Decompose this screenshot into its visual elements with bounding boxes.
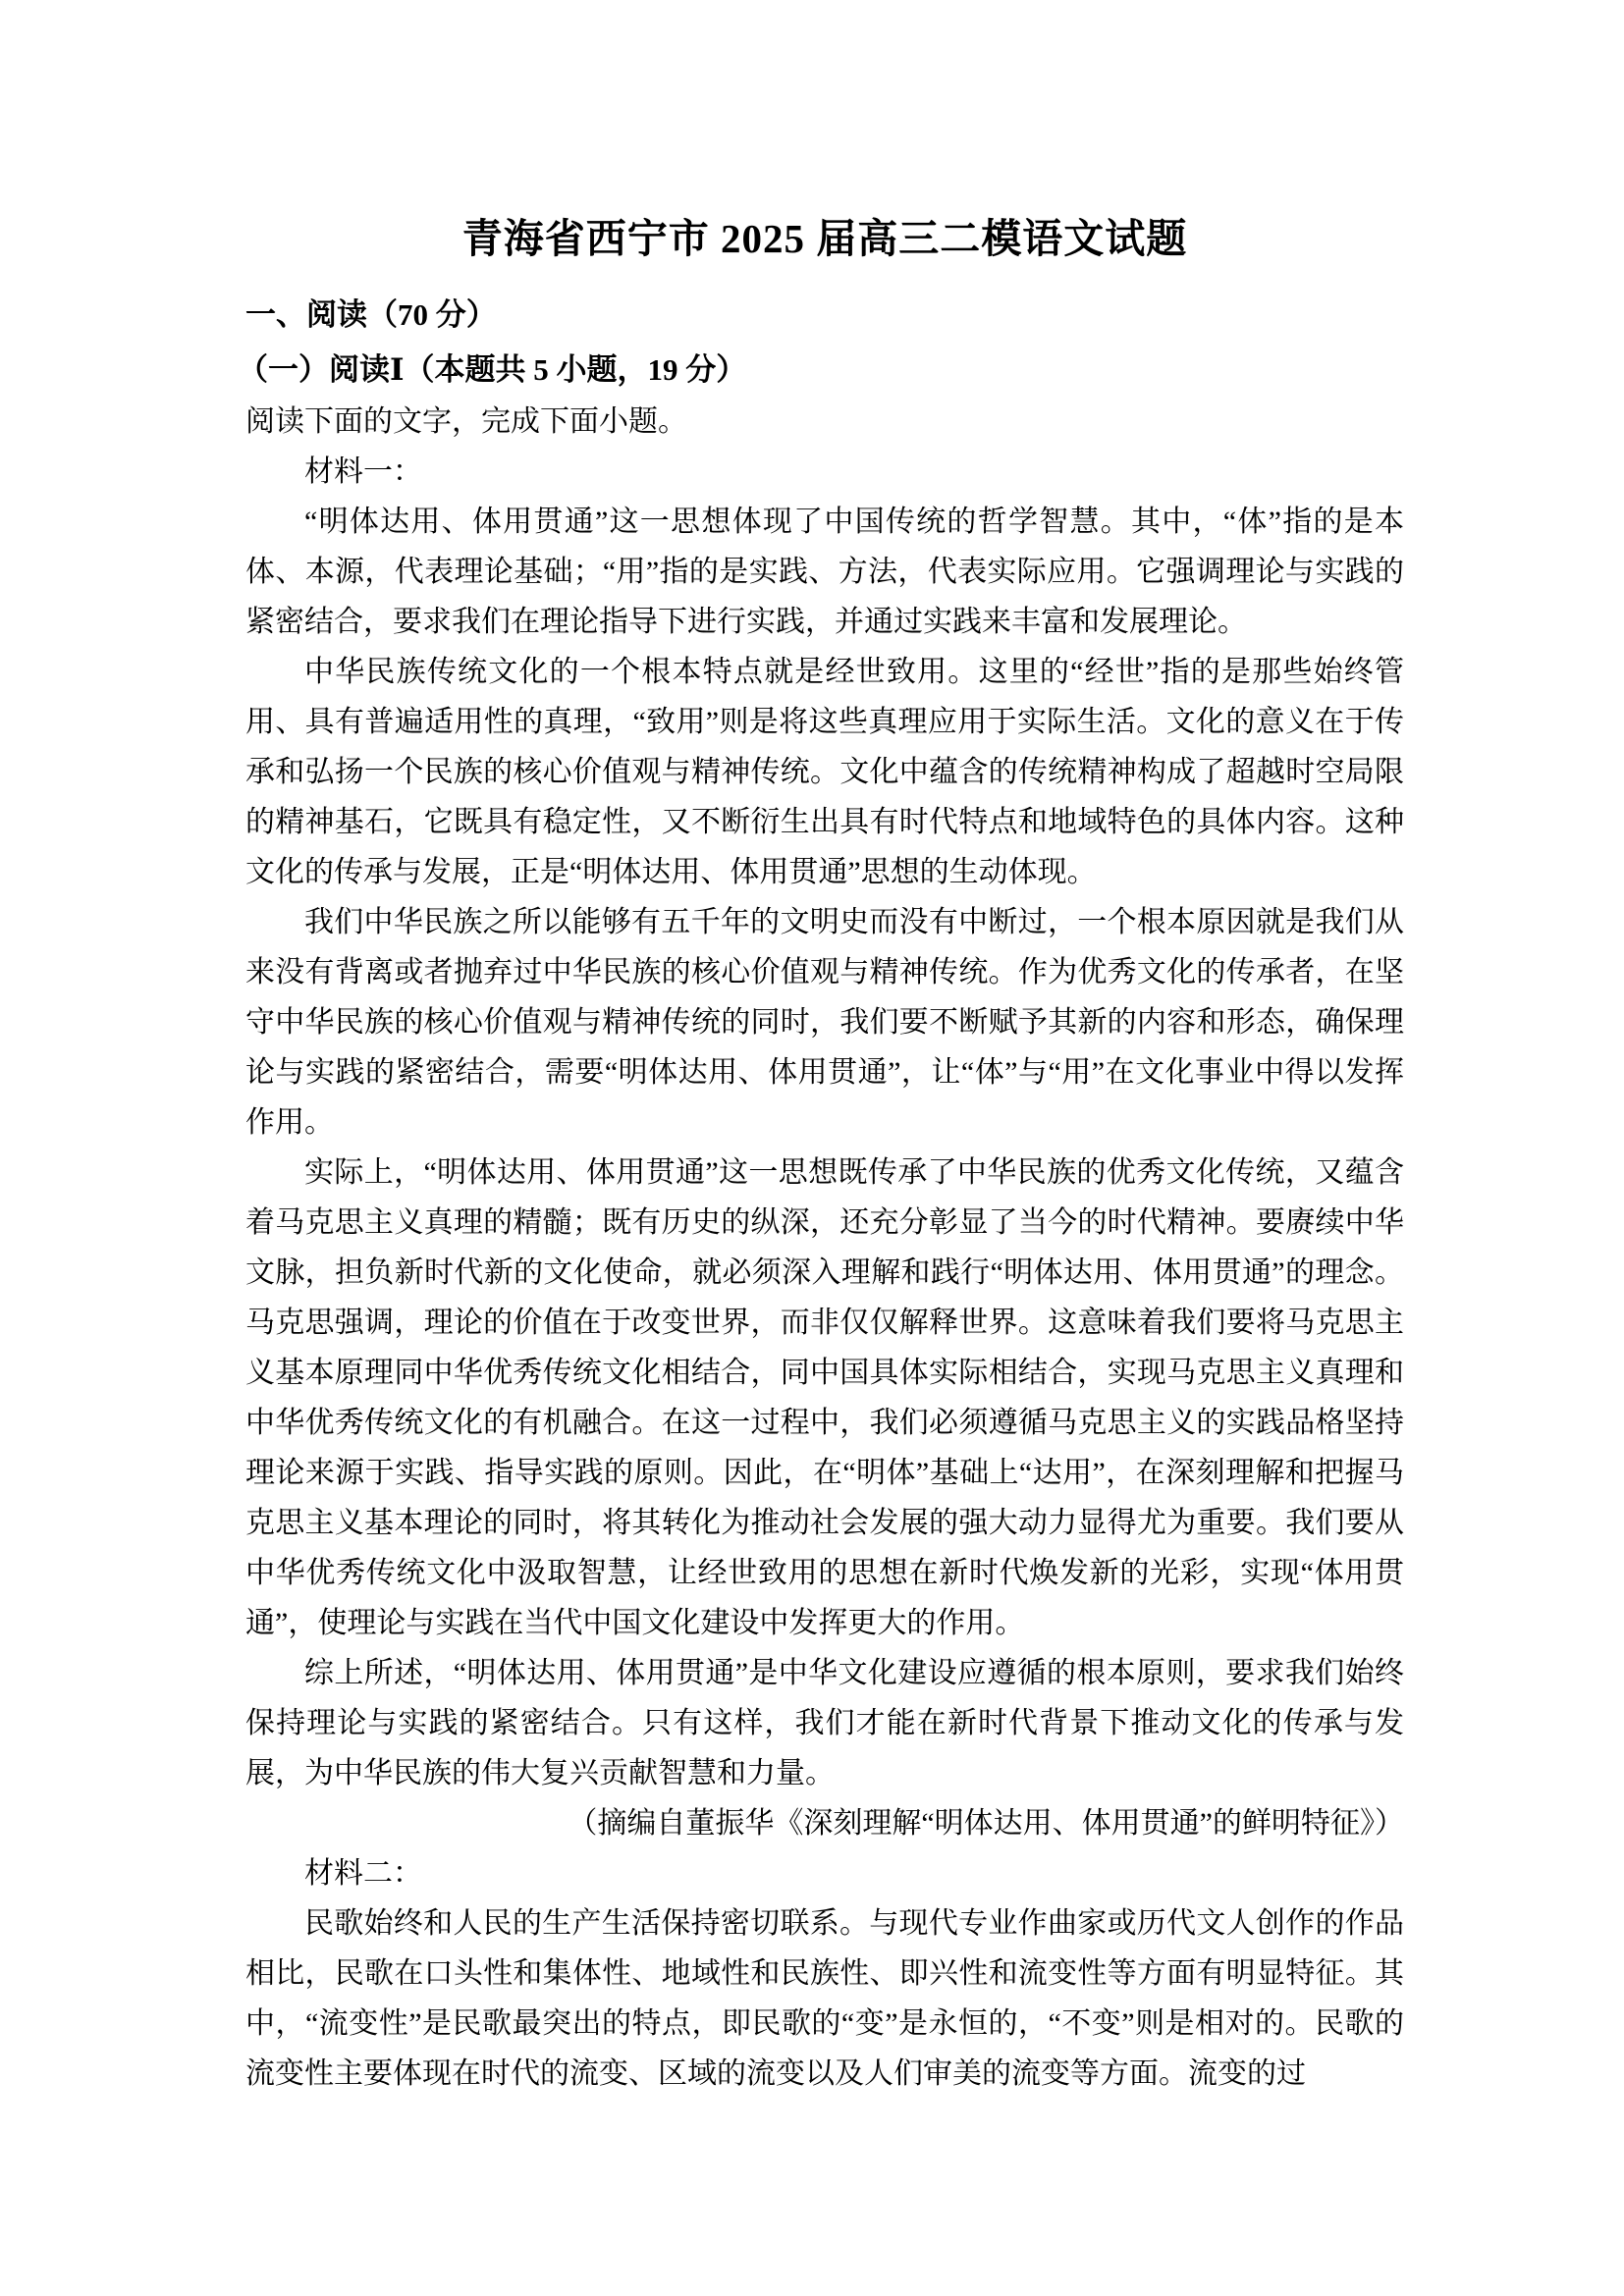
content-column: 青海省西宁市 2025 届高三二模语文试题 一、阅读（70 分） （一）阅读Ⅰ（… bbox=[245, 0, 1404, 2099]
material-one-paragraph: “明体达用、体用贯通”这一思想体现了中国传统的哲学智慧。其中，“体”指的是本体、… bbox=[245, 497, 1404, 647]
section-heading-reading: 一、阅读（70 分） bbox=[245, 294, 1404, 336]
material-one-label: 材料一： bbox=[245, 447, 1404, 497]
subsection-heading-reading-1: （一）阅读Ⅰ（本题共 5 小题，19 分） bbox=[238, 349, 1404, 391]
material-one-paragraph: 实际上，“明体达用、体用贯通”这一思想既传承了中华民族的优秀文化传统，又蕴含着马… bbox=[245, 1148, 1404, 1648]
material-one-attribution: （摘编自董振华《深刻理解“明体达用、体用贯通”的鲜明特征》） bbox=[245, 1798, 1404, 1848]
reading-passage: 阅读下面的文字，完成下面小题。 材料一： “明体达用、体用贯通”这一思想体现了中… bbox=[245, 397, 1404, 2099]
material-one-paragraph: 中华民族传统文化的一个根本特点就是经世致用。这里的“经世”指的是那些始终管用、具… bbox=[245, 647, 1404, 897]
material-two-paragraph: 民歌始终和人民的生产生活保持密切联系。与现代专业作曲家或历代文人创作的作品相比，… bbox=[245, 1898, 1404, 2099]
instruction-text: 阅读下面的文字，完成下面小题。 bbox=[245, 397, 1404, 447]
page-title: 青海省西宁市 2025 届高三二模语文试题 bbox=[245, 214, 1404, 263]
material-two-label: 材料二： bbox=[245, 1848, 1404, 1898]
material-one-paragraph: 综上所述，“明体达用、体用贯通”是中华文化建设应遵循的根本原则，要求我们始终保持… bbox=[245, 1648, 1404, 1798]
material-one-paragraph: 我们中华民族之所以能够有五千年的文明史而没有中断过，一个根本原因就是我们从来没有… bbox=[245, 897, 1404, 1148]
exam-paper-page: 青海省西宁市 2025 届高三二模语文试题 一、阅读（70 分） （一）阅读Ⅰ（… bbox=[0, 0, 1624, 2296]
